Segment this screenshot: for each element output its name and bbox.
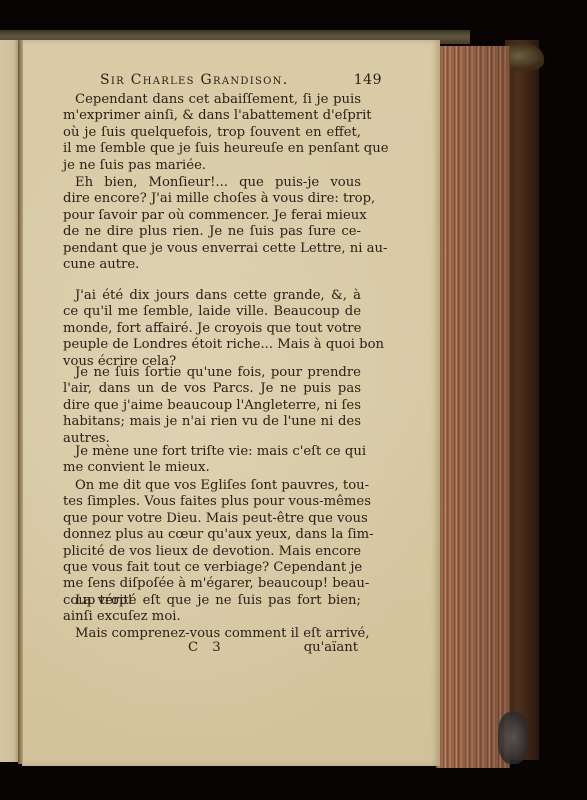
- text-line: peuple de Londres étoit riche... Mais à …: [63, 337, 361, 353]
- text-line: Eh bien, Monſieur!... que puis-je vous: [63, 175, 361, 191]
- text-line: dire encore? J'ai mille choſes à vous di…: [63, 191, 361, 207]
- text-line: pour ſavoir par où commencer. Je ferai m…: [63, 208, 361, 224]
- text-line: je ne ſuis pas mariée.: [63, 158, 361, 174]
- paragraph: Je mène une fort triſte vie: mais c'eſt …: [63, 444, 361, 477]
- paragraph: Eh bien, Monſieur!... que puis-je vous d…: [63, 175, 361, 273]
- text-line: me convient le mieux.: [63, 460, 361, 476]
- text-line: Cependant dans cet abaiſſement, ſi je pu…: [63, 92, 361, 108]
- text-line: tes ſimples. Vous faites plus pour vous-…: [63, 494, 361, 510]
- text-line: cune autre.: [63, 257, 361, 273]
- signature-line: C 3 qu'aïant: [63, 640, 361, 658]
- text-line: que vous fait tout ce verbiage? Cependan…: [63, 560, 361, 576]
- text-line: habitans; mais je n'ai rien vu de l'une …: [63, 414, 361, 430]
- paragraph: J'ai été dix jours dans cette grande, &,…: [63, 288, 361, 370]
- verso-page-edge: [0, 40, 20, 762]
- paragraph: Cependant dans cet abaiſſement, ſi je pu…: [63, 92, 361, 174]
- text-line: pendant que je vous enverrai cette Lettr…: [63, 241, 361, 257]
- text-line: monde, fort affairé. Je croyois que tout…: [63, 321, 361, 337]
- page-fore-edge: [436, 46, 510, 768]
- leather-cover: [505, 40, 539, 760]
- paragraph: Je ne ſuis ſortie qu'une fois, pour pren…: [63, 365, 361, 447]
- text-line: que pour votre Dieu. Mais peut-être que …: [63, 511, 361, 527]
- text-line: donnez plus au cœur qu'aux yeux, dans la…: [63, 527, 361, 543]
- text-line: La vérité eſt que je ne ſuis pas fort bi…: [63, 593, 361, 609]
- paragraph: La vérité eſt que je ne ſuis pas fort bi…: [63, 593, 361, 626]
- paragraph: On me dit que vos Egliſes ſont pauvres, …: [63, 478, 361, 609]
- text-line: Je ne ſuis ſortie qu'une fois, pour pren…: [63, 365, 361, 381]
- running-head: Sir Charles Grandison. 149: [100, 72, 382, 88]
- signature-mark: C 3: [188, 640, 226, 655]
- text-line: où je ſuis quelquefois, trop ſouvent en …: [63, 125, 361, 141]
- text-line: il me ſemble que je ſuis heureuſe en pen…: [63, 141, 361, 157]
- page-number: 149: [354, 72, 382, 88]
- running-head-title: Sir Charles Grandison.: [100, 72, 288, 88]
- text-line: ainſi excuſez moi.: [63, 609, 361, 625]
- book-photo: Sir Charles Grandison. 149 Cependant dan…: [0, 0, 587, 800]
- text-line: me ſens diſpoſée à m'égarer, beaucoup! b…: [63, 576, 361, 592]
- text-line: m'exprimer ainſi, & dans l'abattement d'…: [63, 108, 361, 124]
- cover-corner-bottom: [498, 712, 528, 764]
- text-line: Je mène une fort triſte vie: mais c'eſt …: [63, 444, 361, 460]
- text-line: dire que j'aime beaucoup l'Angleterre, n…: [63, 398, 361, 414]
- text-line: l'air, dans un de vos Parcs. Je ne puis …: [63, 381, 361, 397]
- text-line: J'ai été dix jours dans cette grande, &,…: [63, 288, 361, 304]
- text-line: On me dit que vos Egliſes ſont pauvres, …: [63, 478, 361, 494]
- catchword: qu'aïant: [304, 640, 358, 655]
- text-line: de ne dire plus rien. Je ne ſuis pas ſur…: [63, 224, 361, 240]
- gutter-shadow: [18, 40, 23, 764]
- text-line: ce qu'il me ſemble, laide ville. Beaucou…: [63, 304, 361, 320]
- text-line: plicité de vos lieux de devotion. Mais e…: [63, 544, 361, 560]
